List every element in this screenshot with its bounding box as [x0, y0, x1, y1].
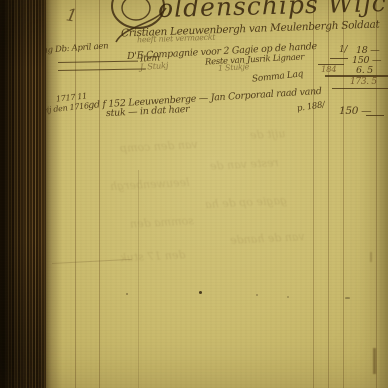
bleedthrough-text: leeuwenbergh: [110, 176, 190, 193]
entry2-text-line2: stuk — in dat haer: [106, 105, 190, 119]
entry-ref: 1/: [339, 46, 347, 55]
ditto-dash: [58, 61, 138, 63]
crease-line: [138, 170, 139, 388]
bleedthrough-text: gagie op de ha: [205, 194, 288, 211]
page-title: oldenschips Wijckerije: [158, 0, 388, 21]
edge-smudge: [373, 348, 376, 374]
ledger-page-scan: oldenschips Wijckerije 1 Cristiaen Leeuw…: [0, 0, 388, 388]
spine-groove: [12, 0, 14, 388]
entry2-ref: p. 188/: [297, 101, 326, 113]
amount-column-line: [328, 0, 329, 388]
entry-ref: 184: [321, 66, 336, 75]
ink-speck: [345, 297, 350, 299]
bleedthrough-text: somma den: [130, 214, 194, 230]
sum-label: Somma Laq: [252, 70, 304, 84]
spine-groove: [33, 0, 35, 388]
bleedthrough-text: den 17 stuk: [120, 248, 186, 264]
bleedthrough-text: van de hande: [230, 230, 305, 247]
entry-date: J. Stukj: [140, 62, 169, 72]
sum-amount: 173. 5: [350, 78, 377, 87]
account-sub-line: heeft niet vermaeckt: [137, 34, 215, 45]
bleedthrough-text: uijt de: [250, 127, 286, 142]
spine-shadow: [44, 0, 62, 388]
bleedthrough-text: reste van de: [210, 156, 279, 173]
ref-underline: [330, 58, 348, 59]
margin-rule-line: [99, 0, 100, 388]
margin-rule-line: [75, 0, 76, 388]
edge-smudge: [370, 252, 372, 262]
amount-column-line: [313, 0, 314, 388]
ditto-dash: [58, 68, 146, 71]
ink-speck: [256, 294, 258, 296]
ink-speck: [287, 296, 289, 298]
entry-text: 1 Stukje: [218, 63, 250, 73]
spine-groove: [23, 0, 24, 388]
bleedthrough-text: van den comp: [120, 138, 198, 155]
ink-speck: [126, 293, 128, 295]
amount-dash: [366, 115, 384, 116]
sum-underline: [332, 88, 388, 89]
ref-underline: [318, 64, 344, 65]
ink-speck: [199, 291, 202, 294]
